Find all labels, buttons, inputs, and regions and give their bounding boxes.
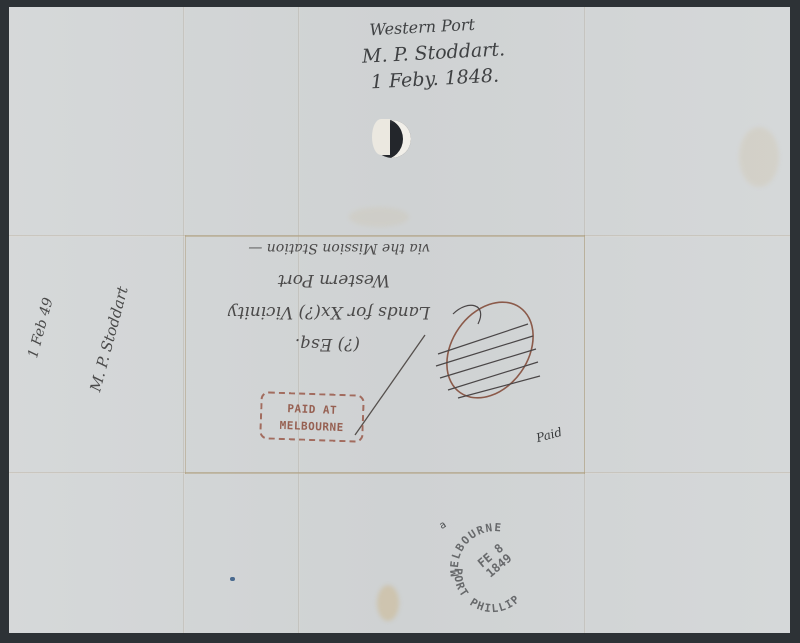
paid-line2: MELBOURNE <box>261 416 362 436</box>
paper-stain <box>377 585 399 621</box>
address-line-place: Western Port <box>190 264 430 296</box>
address-line-via: via the Mission Station — <box>190 232 430 264</box>
melbourne-datestamp: MELBOURNE PORT PHILLIP FE 8 1849 <box>445 520 541 616</box>
panel-edge <box>185 235 186 474</box>
address-line-lands: Lands for Xx(?) Vicinity <box>190 296 430 328</box>
manuscript-rate-mark <box>428 294 548 404</box>
seal-tear <box>372 119 390 155</box>
docket-note: Western Port M. P. Stoddart. 1 Feby. 184… <box>360 10 507 95</box>
paper-stain <box>739 127 779 187</box>
panel-edge <box>584 235 585 474</box>
paper-stain <box>349 207 409 227</box>
paid-at-melbourne-handstamp: PAID AT MELBOURNE <box>259 391 365 443</box>
blue-ink-speck <box>230 577 235 581</box>
panel-edge <box>185 472 585 474</box>
